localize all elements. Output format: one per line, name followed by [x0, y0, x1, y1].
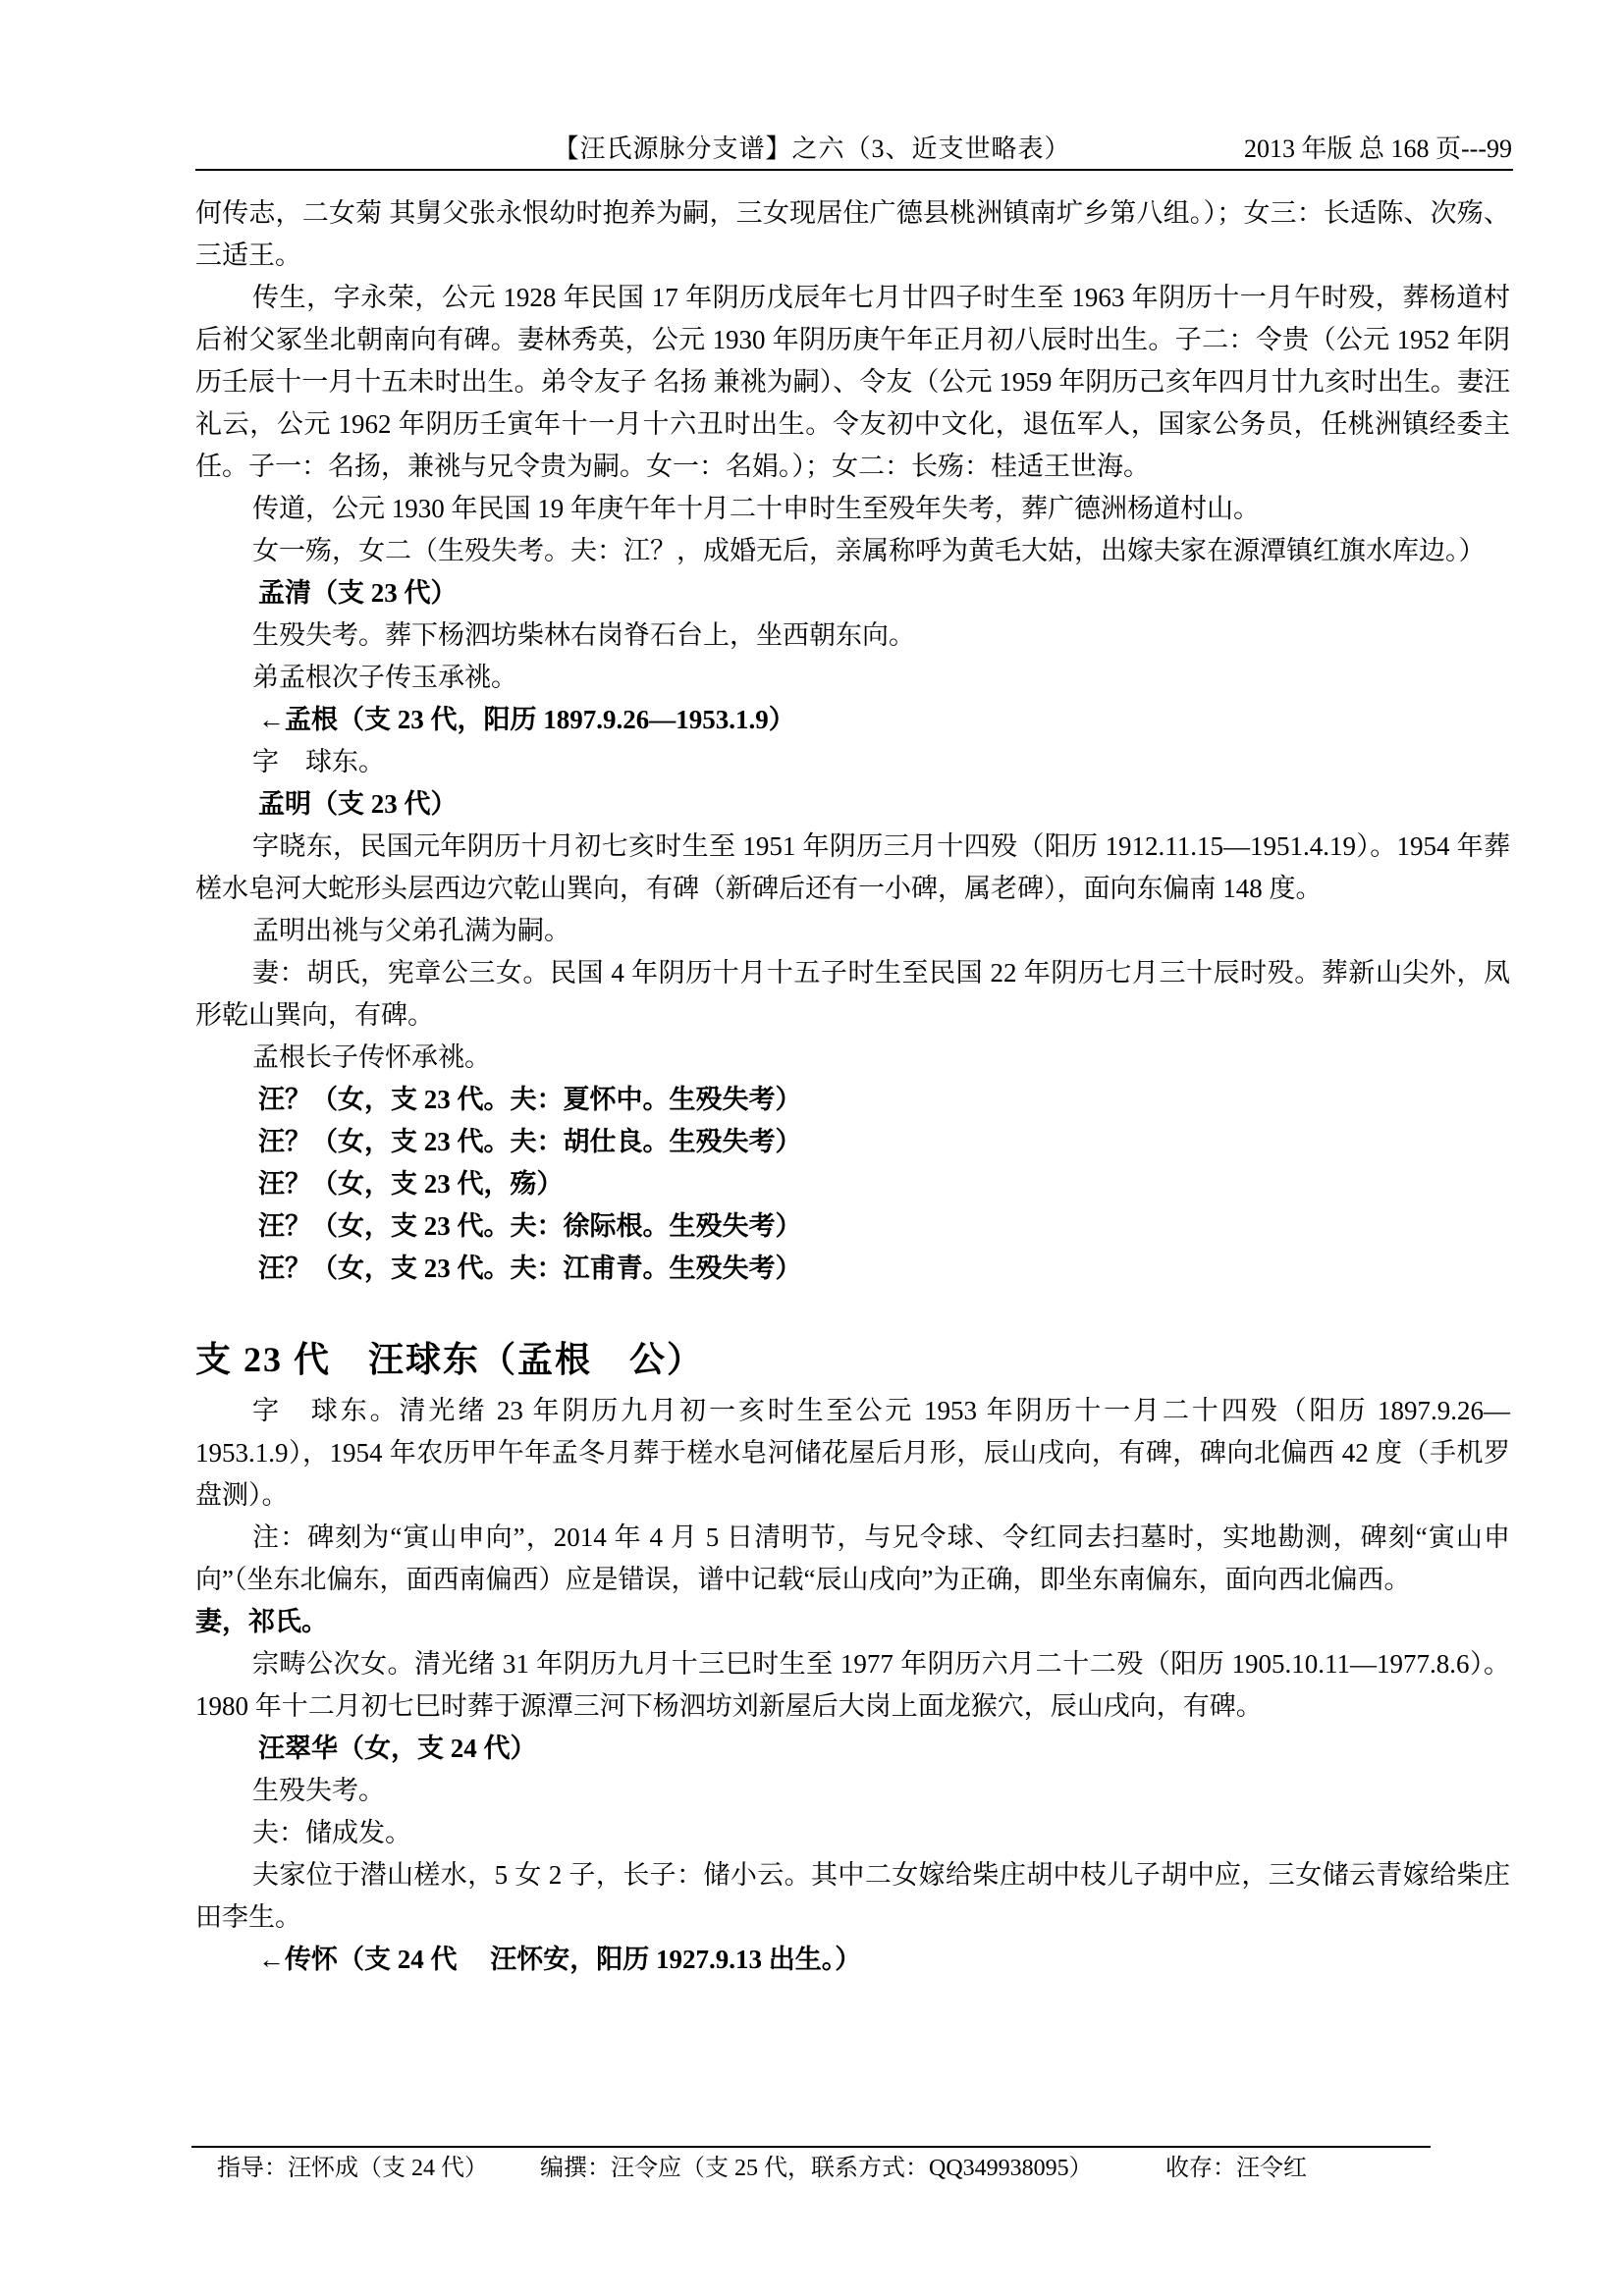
document-body: 何传志，二女菊 其舅父张永恨幼时抱养为嗣，三女现居住广德县桃洲镇南圹乡第八组。）…	[195, 192, 1510, 1981]
heading-daughter-hu-shiliang: 汪？（女，支 23 代。夫：胡仕良。生殁失考）	[195, 1121, 1510, 1163]
para-chuandao: 传道，公元 1930 年民国 19 年庚午年十月二十申时生至殁年失考，葬广德洲杨…	[195, 488, 1510, 530]
para-cuihua-family: 夫家位于潜山槎水，5 女 2 子，长子：储小云。其中二女嫁给柴庄胡中枝儿子胡中应…	[195, 1854, 1510, 1939]
para-chuansheng: 传生，字永荣，公元 1928 年民国 17 年阴历戊辰年七月廿四子时生至 196…	[195, 277, 1510, 488]
footer-divider	[191, 2146, 1431, 2148]
continued-paragraph: 何传志，二女菊 其舅父张永恨幼时抱养为嗣，三女现居住广德县桃洲镇南圹乡第八组。）…	[195, 192, 1510, 277]
page-footer: 指导：汪怀成（支 24 代） 编撰：汪令应（支 25 代，联系方式：QQ3499…	[195, 2154, 1513, 2183]
header-divider	[195, 169, 1513, 171]
para-note-tombstone: 注：碑刻为“寅山申向”，2014 年 4 月 5 日清明节，与兄令球、令红同去扫…	[195, 1517, 1510, 1601]
para-cuihua-husband: 夫：储成发。	[195, 1812, 1510, 1854]
para-mengqing-heir: 弟孟根次子传玉承祧。	[195, 657, 1510, 699]
para-mengming-dates: 字晓东，民国元年阴历十月初七亥时生至 1951 年阴历三月十四殁（阳历 1912…	[195, 826, 1510, 910]
footer-director: 指导：汪怀成（支 24 代）	[217, 2154, 488, 2183]
heading-daughter-early-death: 汪？（女，支 23 代，殇）	[195, 1163, 1510, 1205]
page-header: 【汪氏源脉分支谱】之六（3、近支世略表） 2013 年版 总 168 页---9…	[0, 133, 1624, 166]
footer-compiler: 编撰：汪令应（支 25 代，联系方式：QQ349938095）	[540, 2154, 1093, 2183]
para-mengqing-grave: 生殁失考。葬下杨泗坊柴林右岗脊石台上，坐西朝东向。	[195, 614, 1510, 657]
heading-chuanhuai-crossref: ←传怀（支 24 代 汪怀安，阳历 1927.9.13 出生。）	[195, 1939, 1510, 1981]
para-qiudong-dates: 字 球东。清光绪 23 年阴历九月初一亥时生至公元 1953 年阴历十一月二十四…	[195, 1390, 1510, 1517]
para-wife-hu: 妻：胡氏，宪章公三女。民国 4 年阴历十月十五子时生至民国 22 年阴历七月三十…	[195, 952, 1510, 1037]
heading-mengming: 孟明（支 23 代）	[195, 783, 1510, 826]
heading-wife-qi: 妻，祁氏。	[195, 1601, 1510, 1643]
heading-daughter-xia-huaizhong: 汪？（女，支 23 代。夫：夏怀中。生殁失考）	[195, 1079, 1510, 1121]
para-menggen-courtesy-name: 字 球东。	[195, 741, 1510, 783]
heading-wang-cuihua: 汪翠华（女，支 24 代）	[195, 1728, 1510, 1770]
heading-menggen-crossref: ←孟根（支 23 代，阳历 1897.9.26—1953.1.9）	[195, 699, 1510, 741]
page-number: 2013 年版 总 168 页---99	[1244, 133, 1512, 166]
para-mengming-adoption: 孟明出祧与父弟孔满为嗣。	[195, 910, 1510, 952]
para-daughters-note: 女一殇，女二（生殁失考。夫：江？，成婚无后，亲属称呼为黄毛大姑，出嫁夫家在源潭镇…	[195, 530, 1510, 572]
heading-daughter-jiang-fuqing: 汪？（女，支 23 代。夫：江甫青。生殁失考）	[195, 1248, 1510, 1290]
heading-mengqing: 孟清（支 23 代）	[195, 572, 1510, 614]
para-cuihua-dates: 生殁失考。	[195, 1770, 1510, 1812]
footer-keeper: 收存：汪令红	[1165, 2154, 1307, 2183]
para-chuanhuai-heir: 孟根长子传怀承祧。	[195, 1037, 1510, 1079]
para-wife-qi-dates: 宗畴公次女。清光绪 31 年阴历九月十三巳时生至 1977 年阴历六月二十二殁（…	[195, 1643, 1510, 1728]
heading-daughter-xu-jigen: 汪？（女，支 23 代。夫：徐际根。生殁失考）	[195, 1205, 1510, 1248]
section-heading-wang-qiudong: 支 23 代 汪球东（孟根 公）	[195, 1329, 1510, 1390]
